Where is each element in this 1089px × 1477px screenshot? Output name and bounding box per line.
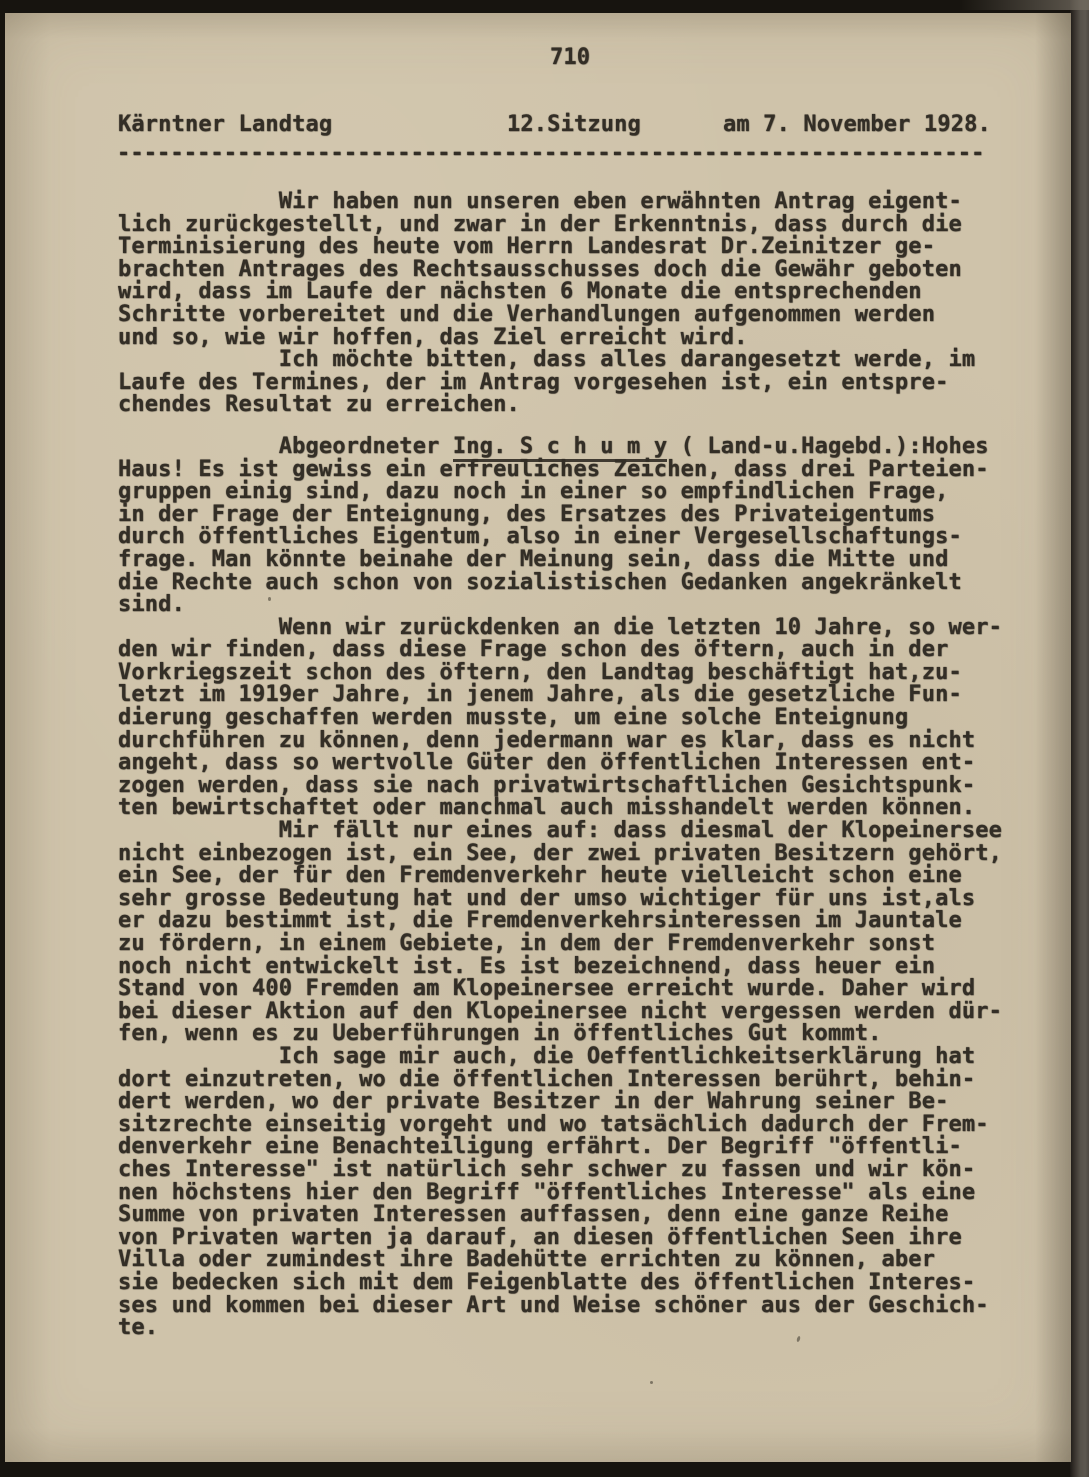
paragraph-1: Wir haben nun unseren eben erwähnten Ant…	[118, 191, 1002, 349]
header-title: Kärntner Landtag	[118, 114, 332, 137]
speaker-paragraph: Abgeordneter Ing. S c h u m y ( Land-u.H…	[118, 436, 1002, 459]
document-page: 710 Kärntner Landtag 12.Sitzung am 7. No…	[5, 13, 1071, 1462]
speaker-prefix: Abgeordneter	[118, 434, 453, 459]
header-row: Kärntner Landtag 12.Sitzung am 7. Novemb…	[118, 114, 1003, 140]
paragraph-4: Wenn wir zurückdenken an die letzten 10 …	[118, 617, 1002, 820]
scan-speck-2	[650, 1381, 653, 1384]
page-edge-shadow	[1070, 0, 1089, 1477]
scan-artifact-top-right	[959, 0, 1089, 10]
scan-speck-3	[268, 597, 271, 601]
paragraph-2: Ich möchte bitten, dass alles darangeset…	[118, 349, 1002, 417]
header-session: 12.Sitzung	[507, 114, 641, 137]
speech-body: Wir haben nun unseren eben erwähnten Ant…	[118, 191, 1002, 1340]
divider-rule: ----------------------------------------…	[117, 143, 984, 166]
page-number: 710	[550, 47, 590, 70]
header-date: am 7. November 1928.	[723, 114, 991, 137]
paragraph-5: Mir fällt nur eines auf: dass diesmal de…	[118, 820, 1002, 1046]
paragraph-6: Ich sage mir auch, die Oeffentlichkeitse…	[118, 1046, 1002, 1340]
paragraph-3-rest: Haus! Es ist gewiss ein erfreuliches Zei…	[118, 459, 1002, 617]
speaker-suffix: ( Land-u.Hagebd.):Hohes	[667, 434, 988, 459]
